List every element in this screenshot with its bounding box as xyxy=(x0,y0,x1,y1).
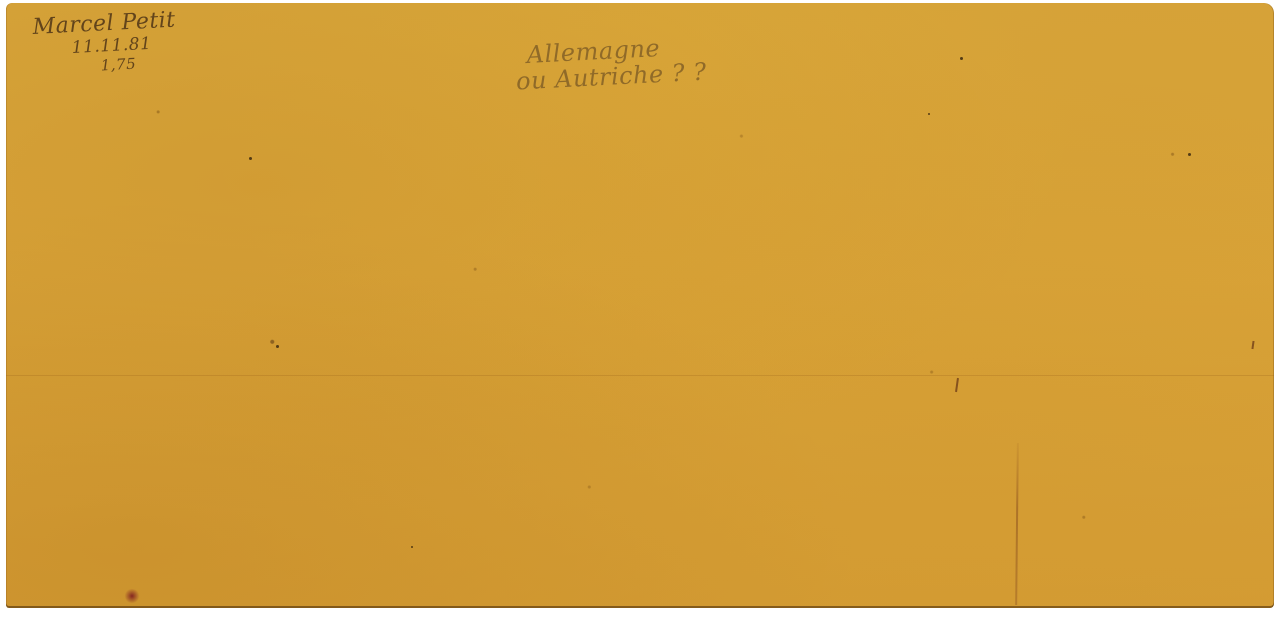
scratch-mark xyxy=(1251,341,1254,349)
ink-speck xyxy=(411,546,413,548)
scratch-mark xyxy=(955,378,959,392)
ink-speck xyxy=(276,345,279,348)
ink-speck xyxy=(249,157,252,160)
ink-speck xyxy=(960,57,963,60)
pencil-note-origin: Allemagne ou Autriche ? ? xyxy=(526,32,707,95)
ink-speck xyxy=(928,113,930,115)
note-price: 1,75 xyxy=(100,52,178,74)
pencil-note-seller: Marcel Petit 11.11.81 1,75 xyxy=(32,8,178,78)
faint-horizontal-line xyxy=(6,375,1274,376)
card-back: Marcel Petit 11.11.81 1,75 Allemagne ou … xyxy=(6,3,1274,608)
red-stain xyxy=(124,589,140,603)
scan-background: Marcel Petit 11.11.81 1,75 Allemagne ou … xyxy=(0,0,1280,618)
ink-speck xyxy=(1188,153,1191,156)
vertical-crease xyxy=(1015,443,1019,605)
